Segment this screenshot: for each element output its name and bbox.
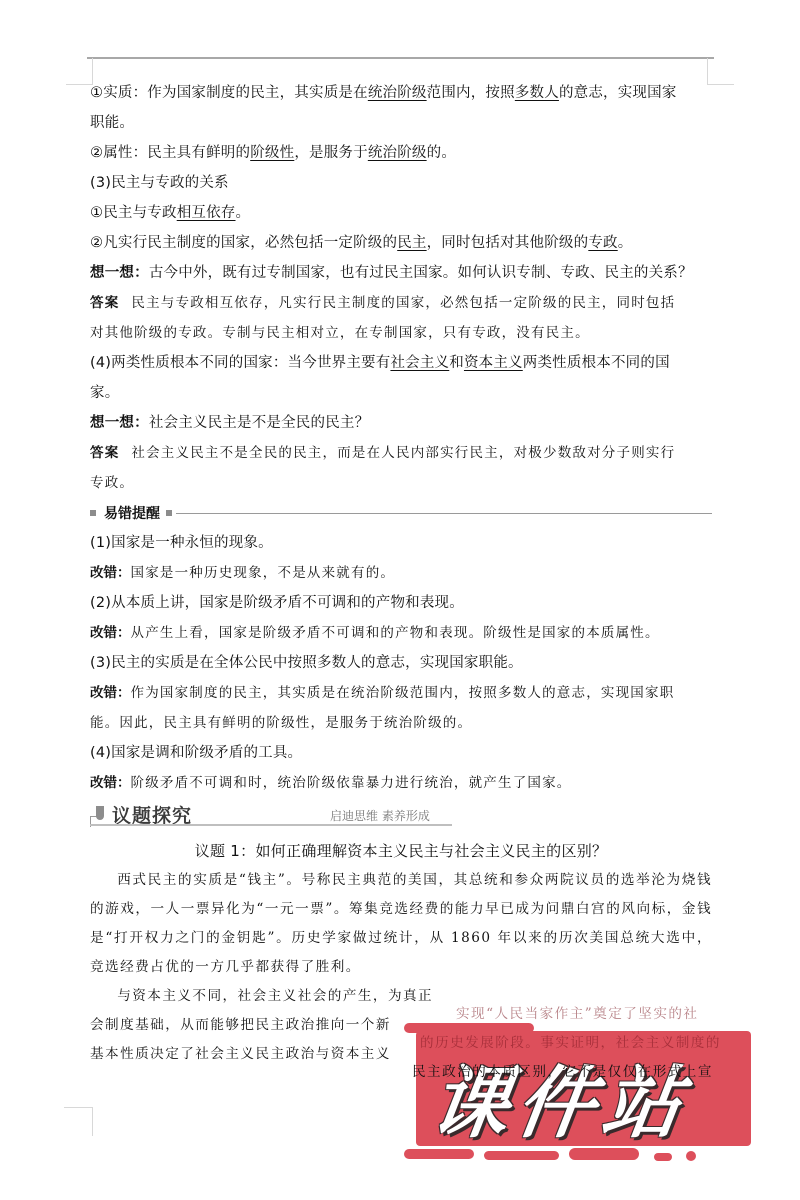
text-segment: ①民主与专政 bbox=[90, 205, 177, 221]
text-segment: ，同时包括对其他阶级的 bbox=[427, 235, 589, 251]
stamp-edge bbox=[654, 1153, 672, 1161]
overlay-line-2: 的历史发展阶段。事实证明，社会主义制度的 bbox=[420, 1031, 721, 1051]
wrong-statement: (3)民主的实质是在全体公民中按照多数人的意志，实现国家职能。 bbox=[90, 648, 712, 678]
page-corner-mark-top-left bbox=[66, 58, 93, 85]
text-line: ②凡实行民主制度的国家，必然包括一定阶级的民主，同时包括对其他阶级的专政。 bbox=[90, 228, 712, 258]
think-question-1: 想一想：古今中外，既有过专制国家，也有过民主国家。如何认识专制、专政、民主的关系… bbox=[90, 258, 712, 288]
bookmark-tag-icon bbox=[96, 806, 104, 820]
divider-line bbox=[176, 513, 712, 514]
text-segment: 的。 bbox=[427, 145, 456, 161]
underlined-keyword: 阶级性 bbox=[250, 145, 294, 161]
text-segment: ①实质：作为国家制度的民主，其实质是在 bbox=[90, 85, 368, 101]
page-top-border bbox=[87, 57, 714, 59]
text-segment: (3)民主与专政的关系 bbox=[90, 175, 229, 191]
square-bullet-icon bbox=[90, 510, 96, 516]
answer-1-line-2: 对其他阶级的专政。专制与民主相对立，在专制国家，只有专政，没有民主。 bbox=[90, 318, 712, 348]
text-segment: 。 bbox=[618, 235, 633, 251]
democracy-points: ①实质：作为国家制度的民主，其实质是在统治阶级范围内，按照多数人的意志，实现国家… bbox=[90, 78, 712, 258]
point-4-continued: 家。 bbox=[90, 378, 712, 408]
correction-line: 能。因此，民主具有鲜明的阶级性，是服务于统治阶级的。 bbox=[90, 708, 712, 738]
underlined-keyword: 社会主义 bbox=[390, 355, 449, 371]
underlined-keyword: 相互依存 bbox=[177, 205, 236, 221]
answer-text: 社会主义民主不是全民的民主，而是在人民内部实行民主，对极少数敌对分子则实行 bbox=[131, 445, 675, 461]
text-segment: (4)两类性质根本不同的国家：当今世界主要有 bbox=[90, 355, 390, 371]
correction-label: 改错： bbox=[90, 625, 131, 641]
overlay-line-3: 民主政治的本质区别，它不是仅仅在形式上宣 bbox=[412, 1060, 713, 1080]
error-tips-title: 易错提醒 bbox=[104, 503, 160, 523]
error-tips-header: 易错提醒 bbox=[90, 498, 712, 528]
header-underline bbox=[90, 824, 452, 826]
text-segment: 范围内，按照 bbox=[427, 85, 515, 101]
think-question-text: 古今中外，既有过专制国家，也有过民主国家。如何认识专制、专政、民主的关系？ bbox=[149, 265, 693, 281]
correction-line: 改错：从产生上看，国家是阶级矛盾不可调和的产物和表现。阶级性是国家的本质属性。 bbox=[90, 618, 712, 648]
think-question-2: 想一想：社会主义民主是不是全民的民主？ bbox=[90, 408, 712, 438]
text-segment: ②属性：民主具有鲜明的 bbox=[90, 145, 250, 161]
underlined-keyword: 多数人 bbox=[515, 85, 559, 101]
underlined-keyword: 专政 bbox=[588, 235, 617, 251]
page-corner-mark-bottom-left bbox=[64, 1107, 93, 1136]
underlined-keyword: 资本主义 bbox=[464, 355, 523, 371]
underlined-keyword: 民主 bbox=[397, 235, 426, 251]
error-tips-list: (1)国家是一种永恒的现象。改错：国家是一种历史现象，不是从来就有的。(2)从本… bbox=[90, 528, 712, 798]
text-segment: 。 bbox=[236, 205, 251, 221]
text-line: ①民主与专政相互依存。 bbox=[90, 198, 712, 228]
correction-text: 作为国家制度的民主，其实质是在统治阶级范围内，按照多数人的意志，实现国家职 bbox=[131, 685, 675, 701]
answer-1-line-1: 答案民主与专政相互依存，凡实行民主制度的国家，必然包括一定阶级的民主，同时包括 bbox=[90, 288, 712, 318]
watermark-text: 课件站 bbox=[424, 1041, 698, 1153]
correction-text: 国家是一种历史现象，不是从来就有的。 bbox=[131, 565, 396, 581]
correction-label: 改错： bbox=[90, 775, 131, 791]
answer-2-line-2: 专政。 bbox=[90, 468, 712, 498]
text-segment: 职能。 bbox=[90, 115, 134, 131]
correction-text: 能。因此，民主具有鲜明的阶级性，是服务于统治阶级的。 bbox=[90, 715, 472, 731]
wrong-statement: (2)从本质上讲，国家是阶级矛盾不可调和的产物和表现。 bbox=[90, 588, 712, 618]
underlined-keyword: 统治阶级 bbox=[368, 85, 427, 101]
underlined-keyword: 统治阶级 bbox=[368, 145, 427, 161]
document-body: ①实质：作为国家制度的民主，其实质是在统治阶级范围内，按照多数人的意志，实现国家… bbox=[90, 78, 712, 1069]
inquiry-subtitle: 启迪思维 素养形成 bbox=[330, 807, 430, 824]
text-segment: 两类性质根本不同的国 bbox=[523, 355, 670, 371]
topic-paragraph-1: 西式民主的实质是“钱主”。号称民主典范的美国，其总统和参众两院议员的选举沦为烧钱… bbox=[90, 866, 712, 982]
stamp-edge bbox=[686, 1151, 696, 1161]
text-segment: 和 bbox=[449, 355, 464, 371]
correction-text: 阶级矛盾不可调和时，统治阶级依靠暴力进行统治，就产生了国家。 bbox=[131, 775, 572, 791]
answer-label: 答案 bbox=[90, 445, 119, 461]
text-line: ①实质：作为国家制度的民主，其实质是在统治阶级范围内，按照多数人的意志，实现国家 bbox=[90, 78, 712, 108]
text-segment: 的意志，实现国家 bbox=[559, 85, 677, 101]
correction-text: 从产生上看，国家是阶级矛盾不可调和的产物和表现。阶级性是国家的本质属性。 bbox=[131, 625, 660, 641]
text-segment: ②凡实行民主制度的国家，必然包括一定阶级的 bbox=[90, 235, 397, 251]
answer-label: 答案 bbox=[90, 295, 119, 311]
square-bullet-icon bbox=[166, 510, 172, 516]
think-label: 想一想： bbox=[90, 265, 149, 281]
correction-label: 改错： bbox=[90, 685, 131, 701]
answer-2-line-1: 答案社会主义民主不是全民的民主，而是在人民内部实行民主，对极少数敌对分子则实行 bbox=[90, 438, 712, 468]
wrong-statement: (1)国家是一种永恒的现象。 bbox=[90, 528, 712, 558]
text-line: ②属性：民主具有鲜明的阶级性，是服务于统治阶级的。 bbox=[90, 138, 712, 168]
correction-label: 改错： bbox=[90, 565, 131, 581]
correction-line: 改错：国家是一种历史现象，不是从来就有的。 bbox=[90, 558, 712, 588]
correction-line: 改错：作为国家制度的民主，其实质是在统治阶级范围内，按照多数人的意志，实现国家职 bbox=[90, 678, 712, 708]
text-line: (3)民主与专政的关系 bbox=[90, 168, 712, 198]
answer-text: 民主与专政相互依存，凡实行民主制度的国家，必然包括一定阶级的民主，同时包括 bbox=[131, 295, 675, 311]
text-line: 职能。 bbox=[90, 108, 712, 138]
point-4: (4)两类性质根本不同的国家：当今世界主要有社会主义和资本主义两类性质根本不同的… bbox=[90, 348, 712, 378]
think-label: 想一想： bbox=[90, 415, 149, 431]
overlay-line-1: 实现“人民当家作主”奠定了坚实的社 bbox=[456, 1002, 698, 1022]
wrong-statement: (4)国家是调和阶级矛盾的工具。 bbox=[90, 738, 712, 768]
text-segment: ，是服务于 bbox=[294, 145, 368, 161]
topic-1-title: 议题 1：如何正确理解资本主义民主与社会主义民主的区别？ bbox=[90, 836, 712, 866]
correction-line: 改错：阶级矛盾不可调和时，统治阶级依靠暴力进行统治，就产生了国家。 bbox=[90, 768, 712, 798]
inquiry-section-header: 议题探究 启迪思维 素养形成 bbox=[90, 800, 712, 830]
think-question-text: 社会主义民主是不是全民的民主？ bbox=[149, 415, 370, 431]
